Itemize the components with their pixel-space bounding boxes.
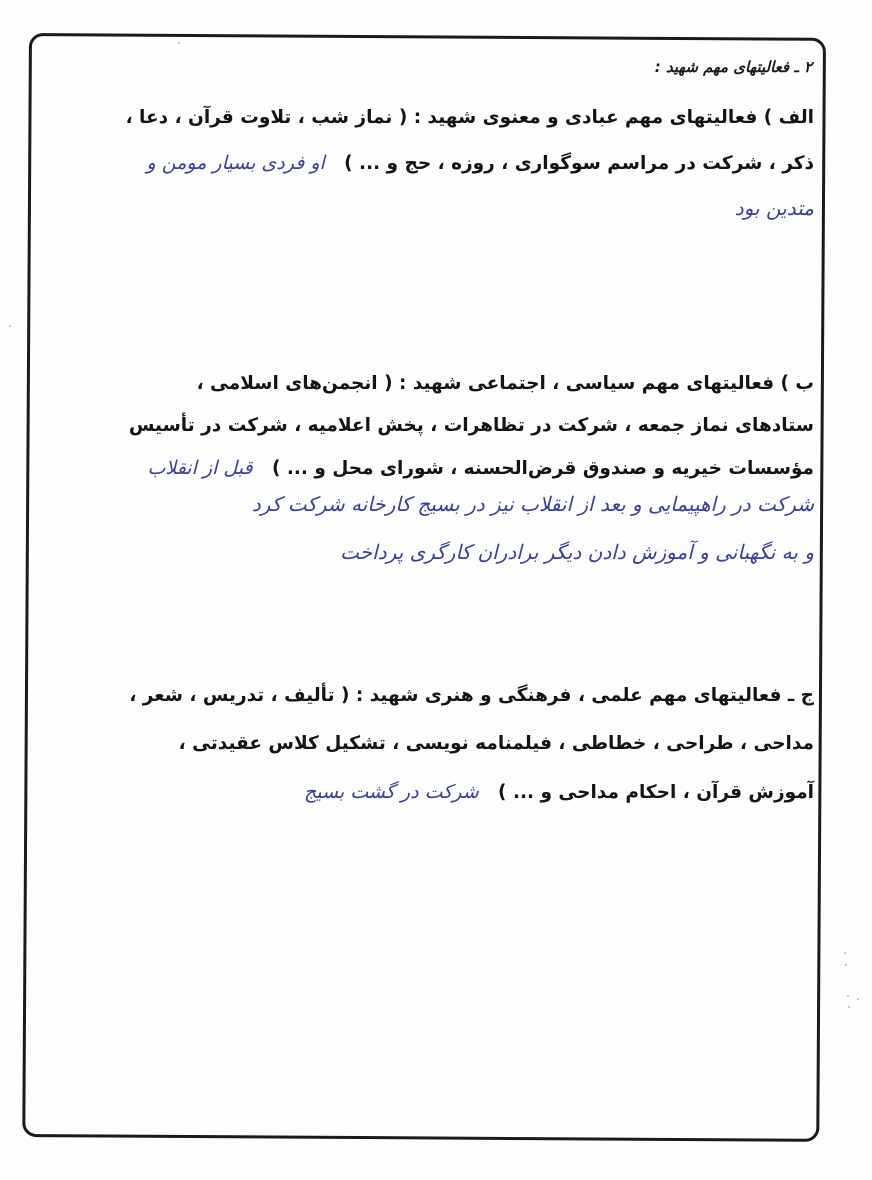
scan-artifact [857, 998, 859, 1000]
printed-prompt: ج ـ فعالیتهای مهم علمی ، فرهنگی و هنری ش… [129, 685, 814, 706]
handwritten-answer-line: و به نگهبانی و آموزش دادن دیگر برادران ک… [340, 540, 814, 564]
printed-prompt: ذکر ، شرکت در مراسم سوگواری ، روزه ، حج … [344, 153, 814, 174]
page-border-frame [22, 33, 826, 1142]
section-jim-line-2: مداحی ، طراحی ، خطاطی ، فیلمنامه نویسی ،… [44, 722, 814, 766]
section-jim-line-3: آموزش قرآن ، احکام مداحی و ... ) شرکت در… [44, 770, 814, 815]
scan-artifact [848, 1006, 850, 1008]
section-alef-line-1: الف ) فعالیتهای مهم عبادی و معنوی شهید :… [44, 96, 814, 140]
section-jim-line-1: ج ـ فعالیتهای مهم علمی ، فرهنگی و هنری ش… [44, 674, 814, 718]
section-alef-line-2: ذکر ، شرکت در مراسم سوگواری ، روزه ، حج … [44, 141, 814, 186]
section-be-line-2: ستادهای نماز جمعه ، شرکت در تظاهرات ، پخ… [44, 404, 814, 448]
scan-artifact [178, 42, 180, 44]
printed-prompt: آموزش قرآن ، احکام مداحی و ... ) [498, 782, 814, 803]
printed-prompt: ستادهای نماز جمعه ، شرکت در تظاهرات ، پخ… [129, 415, 814, 436]
section-be-line-3: مؤسسات خیریه و صندوق قرض‌الحسنه ، شورای … [44, 446, 814, 491]
section-heading: ۲ ـ فعالیتهای مهم شهید : [655, 58, 812, 76]
printed-prompt: مداحی ، طراحی ، خطاطی ، فیلمنامه نویسی ،… [179, 733, 814, 754]
handwritten-answer-line: شرکت در راهپیمایی و بعد از انقلاب نیز در… [252, 492, 814, 516]
printed-prompt: مؤسسات خیریه و صندوق قرض‌الحسنه ، شورای … [272, 458, 814, 479]
scan-artifact [9, 325, 11, 327]
scan-artifact [844, 952, 846, 954]
handwritten-answer: او فردی بسیار مومن و [147, 152, 325, 174]
scan-artifact [847, 995, 849, 997]
printed-prompt: ب ) فعالیتهای مهم سیاسی ، اجتماعی شهید :… [197, 373, 814, 394]
handwritten-answer: شرکت در گشت بسیج [304, 781, 479, 803]
handwritten-answer-line: متدین بود [735, 196, 814, 220]
printed-prompt: الف ) فعالیتهای مهم عبادی و معنوی شهید :… [126, 107, 814, 128]
section-be-line-1: ب ) فعالیتهای مهم سیاسی ، اجتماعی شهید :… [44, 362, 814, 406]
scan-artifact [845, 964, 847, 966]
handwritten-answer: قبل از انقلاب [147, 457, 252, 479]
